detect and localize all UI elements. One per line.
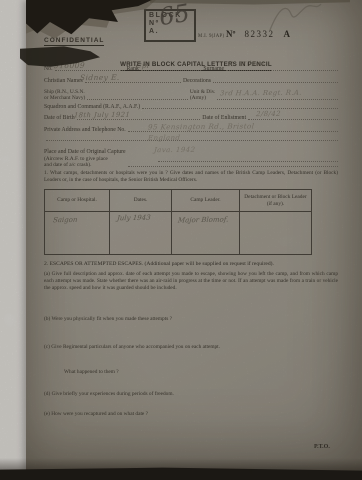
- question-2c: (c) Give Regimental particulars of anyon…: [44, 344, 338, 351]
- camps-table: Camp or Hospital. Dates. Camp Leader. De…: [44, 189, 312, 255]
- form-reference: M.I. 9(JAP): [198, 34, 224, 39]
- decorations-label: Decorations: [183, 78, 211, 84]
- handwritten-surname: R. Wilson: [228, 60, 266, 68]
- field-row-squadron: Squadron and Command (R.A.F., A.A.F.): [44, 104, 340, 110]
- no-label: No.: [44, 66, 53, 72]
- handwritten-unit: 3rd H.A.A. Regt. R.A.: [220, 89, 302, 98]
- dotted-line: [141, 69, 202, 71]
- question-2d: (d) Give briefly your experiences during…: [44, 391, 338, 398]
- handwritten-date-of-birth: 18th July 1921: [74, 111, 131, 119]
- handwritten-rank: Cpl: [136, 62, 150, 70]
- handwritten-address-line-2: England: [148, 134, 181, 142]
- field-row-address-2: [44, 139, 340, 142]
- pencil-scribble: [264, 0, 328, 36]
- christian-names-label: Christian Names: [44, 78, 83, 84]
- question-1: 1. What camps, detachments or hospitals …: [44, 170, 338, 184]
- dotted-line: [213, 81, 338, 83]
- paper-sheet: CONFIDENTIAL BLOCK Nº A. 65 M.I. 9(JAP) …: [26, 0, 362, 472]
- ship-label: Ship (R.N., U.S.N. or Merchant Navy): [44, 89, 85, 101]
- handwritten-christian-names: Sidney E.: [80, 73, 120, 82]
- table-header-dates: Dates.: [110, 190, 172, 212]
- question-2-heading: 2. ESCAPES OR ATTEMPTED ESCAPES. (Additi…: [44, 261, 338, 267]
- question-2c-followup: What happened to them ?: [64, 369, 358, 376]
- question-2b: (b) Were you physically fit when you mad…: [44, 316, 338, 323]
- serial-no-label: Nº: [226, 29, 235, 39]
- table-header-detachment: Detachment or Block Leader (if any).: [240, 190, 311, 212]
- surname-label: Surname: [203, 66, 224, 72]
- table-cell-dates: July 1943: [110, 212, 172, 254]
- confidential-label: CONFIDENTIAL: [44, 37, 104, 46]
- private-address-label: Private Address and Telephone No.: [44, 127, 126, 133]
- dotted-line: [128, 165, 338, 167]
- table-header-leader: Camp Leader.: [172, 190, 240, 212]
- handwritten-address-line-1: 95 Kensington Rd., Bristol: [148, 122, 255, 132]
- question-2e: (e) How were you recaptured and on what …: [44, 411, 338, 418]
- date-of-birth-label: Date of Birth: [44, 115, 75, 121]
- field-row-no-rank-surname: No. Rank Surname: [44, 66, 340, 72]
- squadron-label: Squadron and Command (R.A.F., A.A.F.): [44, 104, 140, 110]
- handwritten-block-number: 65: [157, 0, 192, 31]
- capture-label: Place and Date of Original Capture (Airc…: [44, 149, 126, 168]
- table-cell-leader: Major Blomof.: [172, 212, 240, 254]
- dotted-line: [87, 98, 188, 100]
- handwritten-capture-place: Java. 1942: [154, 146, 196, 154]
- dotted-line: [158, 160, 338, 162]
- question-2a: (a) Give full description and approx. da…: [44, 271, 338, 292]
- dotted-line: [248, 118, 338, 120]
- dotted-line: [217, 98, 338, 100]
- date-of-enlistment-label: Date of Enlistment: [202, 115, 246, 121]
- field-row-capture-2: [156, 160, 340, 163]
- pto-label: P.T.O.: [314, 444, 330, 450]
- handwritten-enlistment-date: 2/8/42: [256, 110, 282, 118]
- scanned-document: CONFIDENTIAL BLOCK Nº A. 65 M.I. 9(JAP) …: [0, 0, 362, 480]
- unit-div-label: Unit & Div. (Army): [190, 89, 216, 101]
- dotted-line: [46, 139, 338, 141]
- dotted-line: [226, 69, 338, 71]
- table-cell-detachment: [240, 212, 311, 254]
- dotted-line: [142, 107, 338, 109]
- table-header-camp: Camp or Hospital.: [45, 190, 110, 212]
- table-cell-camp: Saigon: [45, 212, 110, 254]
